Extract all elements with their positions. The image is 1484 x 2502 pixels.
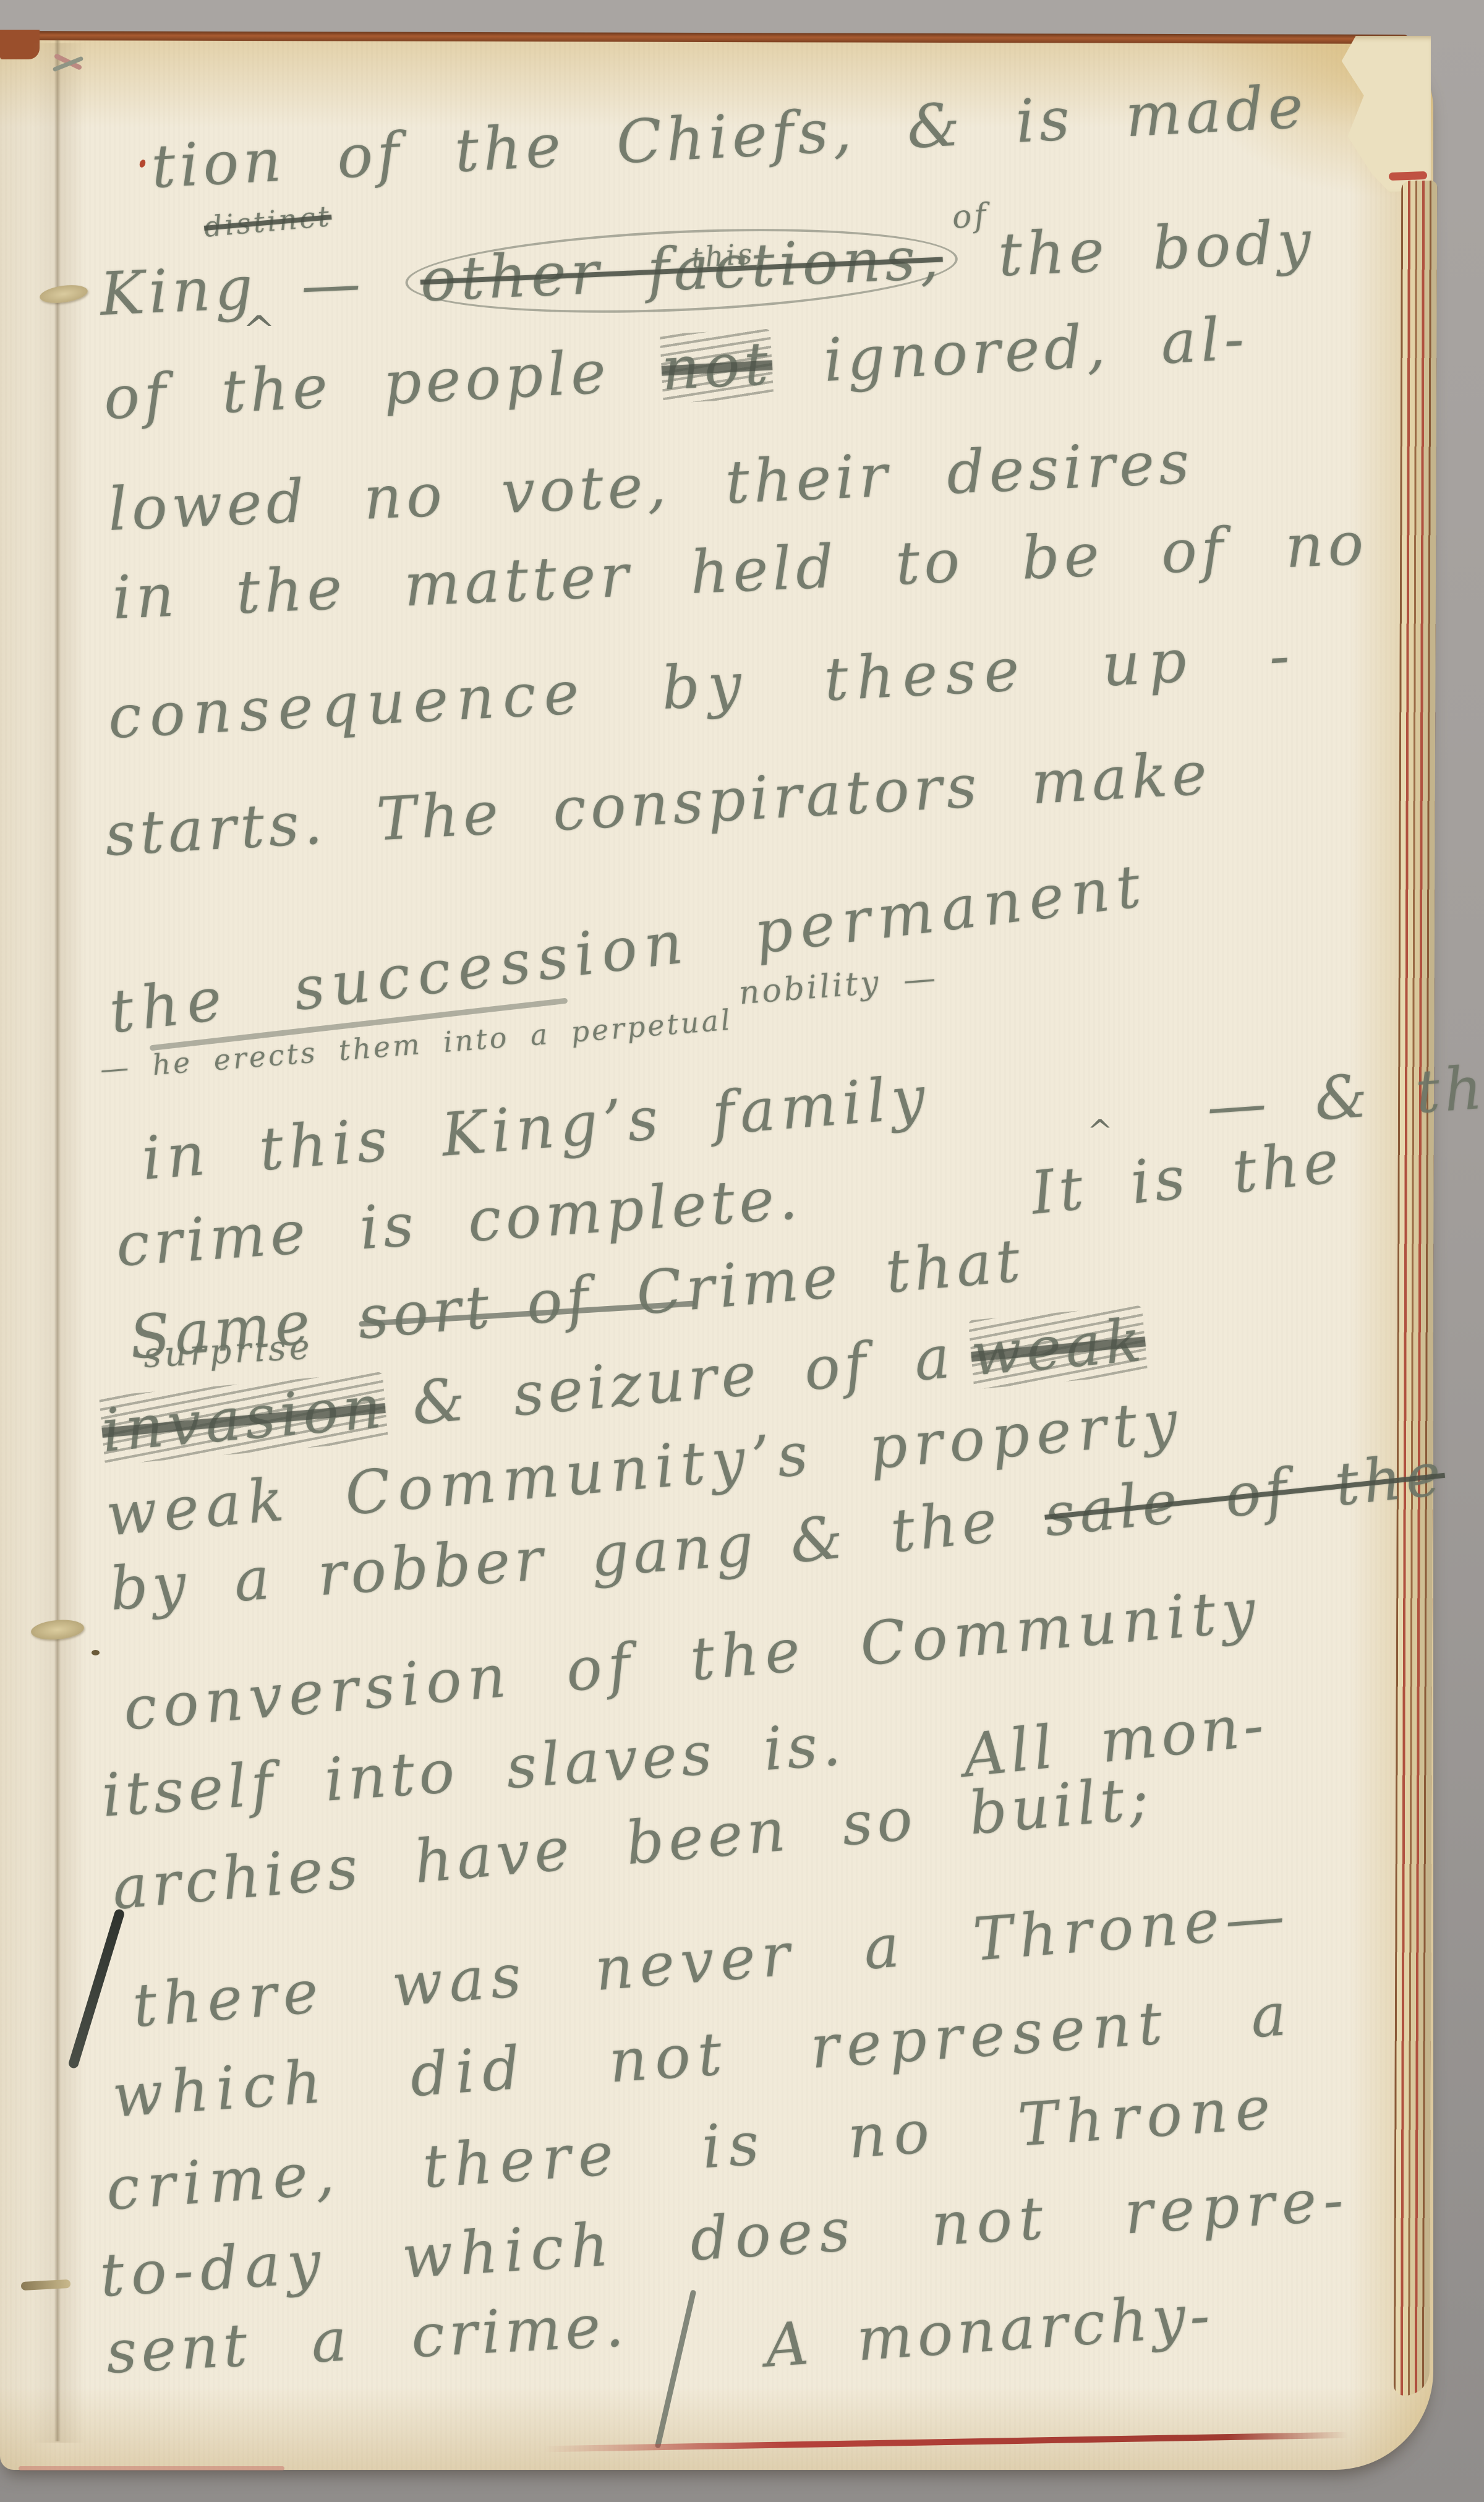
line-text: of (951, 197, 990, 236)
dark-paper-speck (92, 1650, 100, 1655)
photo-background: tion of the Chiefs, & is made distinct K… (0, 0, 1484, 2502)
line-2-insert: of (951, 198, 989, 236)
word-gap (365, 301, 406, 303)
scribbled-out-word: not (660, 328, 774, 403)
bottom-edge-pink-stain (19, 2466, 284, 2470)
line-text: King — (99, 248, 367, 329)
insertion-caret: ^ (1087, 1113, 1113, 1149)
binding-gutter-crease (54, 40, 61, 2441)
word-gap (958, 276, 999, 278)
line-text: this, (690, 236, 767, 275)
line-12-insert: surprise (142, 1328, 313, 1375)
line-2-insert: this, (690, 237, 767, 274)
line-text: the body (997, 207, 1316, 289)
edge-stack-red-smear (1389, 171, 1427, 181)
insertion-caret: ^ (242, 308, 276, 354)
